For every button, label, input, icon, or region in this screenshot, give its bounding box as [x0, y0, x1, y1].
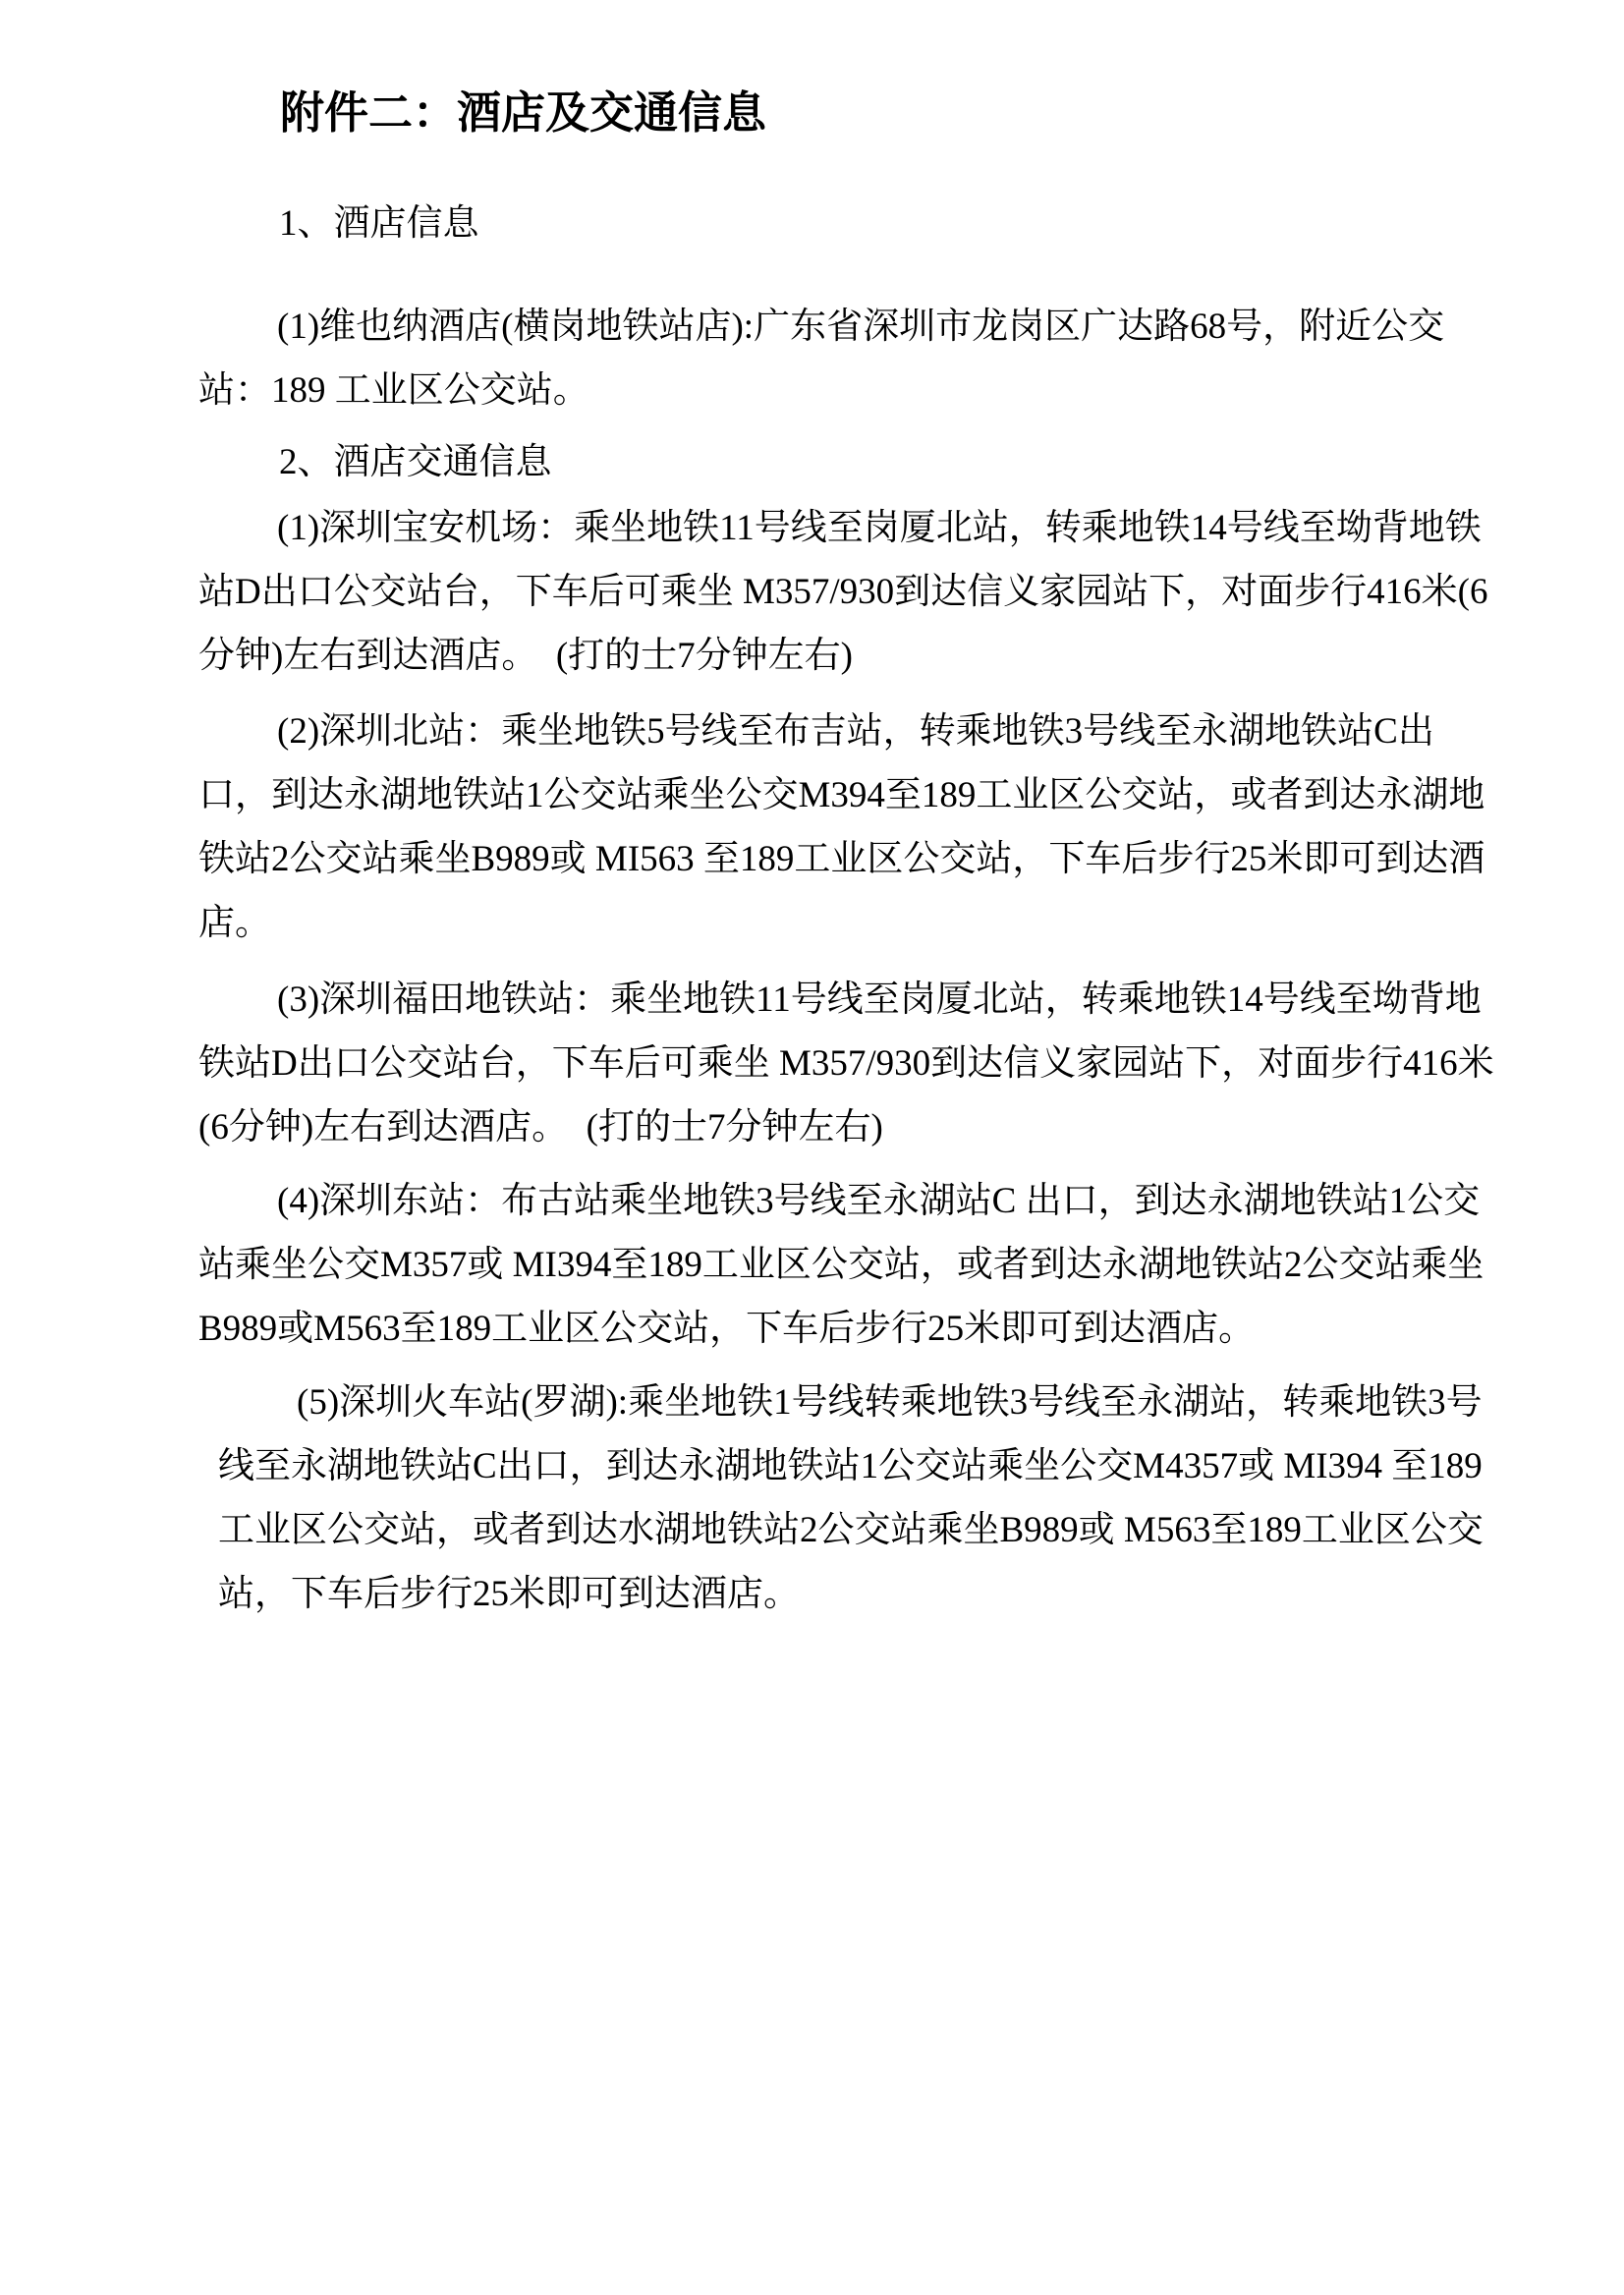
document-title: 附件二：酒店及交通信息 — [198, 84, 1412, 142]
text-line: (6分钟)左右到达酒店。 (打的士7分钟左右) — [198, 1095, 1412, 1159]
transport-paragraph-east-station: (4)深圳东站：布古站乘坐地铁3号线至永湖站C 出口，到达永湖地铁站1公交 站乘… — [198, 1169, 1412, 1361]
text-line: (2)深圳北站：乘坐地铁5号线至布吉站，转乘地铁3号线至永湖地铁站C出 — [198, 700, 1412, 763]
text-line: 工业区公交站，或者到达水湖地铁站2公交站乘坐B989或 M563至189工业区公… — [218, 1498, 1412, 1562]
text-line: 站，下车后步行25米即可到达酒店。 — [218, 1562, 1412, 1626]
transport-paragraph-futian-station: (3)深圳福田地铁站：乘坐地铁11号线至岗厦北站，转乘地铁14号线至坳背地 铁站… — [198, 968, 1412, 1159]
document-content: 附件二：酒店及交通信息 1、酒店信息 (1)维也纳酒店(横岗地铁站店):广东省深… — [198, 84, 1412, 1626]
text-line: (5)深圳火车站(罗湖):乘坐地铁1号线转乘地铁3号线至永湖站，转乘地铁3号 — [218, 1371, 1412, 1434]
transport-paragraph-north-station: (2)深圳北站：乘坐地铁5号线至布吉站，转乘地铁3号线至永湖地铁站C出 口，到达… — [198, 700, 1412, 955]
hotel-info-heading: 1、酒店信息 — [198, 192, 1412, 255]
transport-paragraph-railway-station-luohu: (5)深圳火车站(罗湖):乘坐地铁1号线转乘地铁3号线至永湖站，转乘地铁3号 线… — [218, 1371, 1412, 1626]
text-line: 站乘坐公交M357或 MI394至189工业区公交站，或者到达永湖地铁站2公交站… — [198, 1233, 1412, 1297]
text-line: 站D出口公交站台，下车后可乘坐 M357/930到达信义家园站下，对面步行416… — [198, 560, 1412, 624]
text-line: B989或M563至189工业区公交站，下车后步行25米即可到达酒店。 — [198, 1297, 1412, 1361]
text-line: 分钟)左右到达酒店。 (打的士7分钟左右) — [198, 624, 1412, 688]
text-line: 站：189 工业区公交站。 — [198, 359, 1412, 422]
text-line: (1)维也纳酒店(横岗地铁站店):广东省深圳市龙岗区广达路68号，附近公交 — [198, 295, 1412, 359]
text-line: (3)深圳福田地铁站：乘坐地铁11号线至岗厦北站，转乘地铁14号线至坳背地 — [198, 968, 1412, 1032]
text-line: 铁站D出口公交站台，下车后可乘坐 M357/930到达信义家园站下，对面步行41… — [198, 1032, 1412, 1095]
document-page: 附件二：酒店及交通信息 1、酒店信息 (1)维也纳酒店(横岗地铁站店):广东省深… — [0, 0, 1624, 2295]
transport-paragraph-airport: (1)深圳宝安机场：乘坐地铁11号线至岗厦北站，转乘地铁14号线至坳背地铁 站D… — [198, 496, 1412, 688]
text-line: (1)深圳宝安机场：乘坐地铁11号线至岗厦北站，转乘地铁14号线至坳背地铁 — [198, 496, 1412, 560]
hotel-info-paragraph: (1)维也纳酒店(横岗地铁站店):广东省深圳市龙岗区广达路68号，附近公交 站：… — [198, 295, 1412, 422]
text-line: 口，到达永湖地铁站1公交站乘坐公交M394至189工业区公交站，或者到达永湖地 — [198, 763, 1412, 827]
transport-info-heading: 2、酒店交通信息 — [198, 430, 1412, 494]
text-line: 店。 — [198, 891, 1412, 955]
text-line: 线至永湖地铁站C出口，到达永湖地铁站1公交站乘坐公交M4357或 MI394 至… — [218, 1434, 1412, 1498]
text-line: (4)深圳东站：布古站乘坐地铁3号线至永湖站C 出口，到达永湖地铁站1公交 — [198, 1169, 1412, 1233]
text-line: 铁站2公交站乘坐B989或 MI563 至189工业区公交站，下车后步行25米即… — [198, 827, 1412, 891]
